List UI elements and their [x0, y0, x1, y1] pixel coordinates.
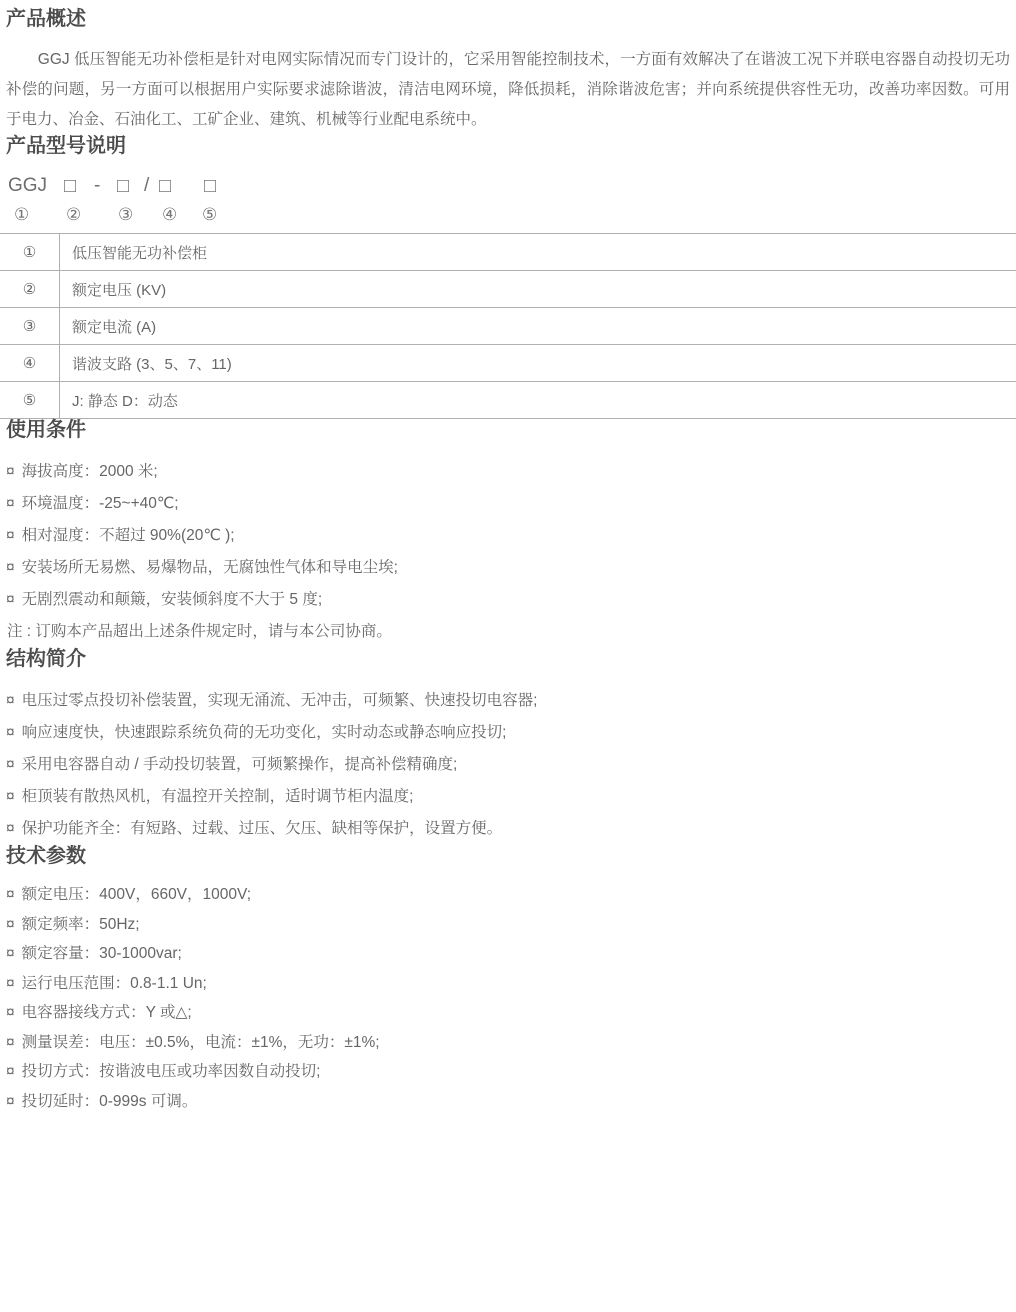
- usage-note: 注 : 订购本产品超出上述条件规定时，请与本公司协商。: [6, 616, 1010, 648]
- bullet-icon: ¤: [6, 495, 15, 512]
- list-item-text: 投切方式：按谐波电压或功率因数自动投切;: [22, 1063, 321, 1080]
- list-item-text: 额定电压：400V，660V，1000V;: [22, 886, 251, 903]
- section-structure-intro: 结构简介 ¤电压过零点投切补偿装置，实现无涌流、无冲击，可频繁、快速投切电容器;…: [0, 648, 1016, 845]
- section-model-description: 产品型号说明 GGJ □ - □ / □ □ ① ② ③ ④ ⑤ ① 低压智能无…: [0, 135, 1016, 419]
- model-legend-table: ① 低压智能无功补偿柜 ② 额定电压 (KV) ③ 额定电流 (A) ④ 谐波支…: [0, 233, 1016, 419]
- structure-list: ¤电压过零点投切补偿装置，实现无涌流、无冲击，可频繁、快速投切电容器; ¤响应速…: [6, 685, 1010, 845]
- list-item-text: 响应速度快，快速跟踪系统负荷的无功变化，实时动态或静态响应投切;: [22, 724, 507, 741]
- bullet-icon: ¤: [6, 756, 15, 773]
- circled-number-icon: ⑤: [202, 204, 217, 226]
- bullet-icon: ¤: [6, 1034, 15, 1051]
- bullet-icon: ¤: [6, 975, 15, 992]
- product-document-page: 产品概述 GGJ 低压智能无功补偿柜是针对电网实际情况而专门设计的，它采用智能控…: [0, 0, 1016, 1116]
- usage-title: 使用条件: [6, 419, 1010, 442]
- usage-list: ¤海拔高度：2000 米; ¤环境温度：-25~+40℃; ¤相对湿度：不超过 …: [6, 456, 1010, 616]
- list-item: ¤响应速度快，快速跟踪系统负荷的无功变化，实时动态或静态响应投切;: [6, 717, 1010, 749]
- list-item-text: 安装场所无易燃、易爆物品，无腐蚀性气体和导电尘埃;: [22, 559, 398, 576]
- bullet-icon: ¤: [6, 945, 15, 962]
- section-technical-parameters: 技术参数 ¤额定电压：400V，660V，1000V; ¤额定频率：50Hz; …: [0, 845, 1016, 1116]
- table-row: ① 低压智能无功补偿柜: [0, 234, 1016, 271]
- list-item: ¤电压过零点投切补偿装置，实现无涌流、无冲击，可频繁、快速投切电容器;: [6, 685, 1010, 717]
- section-product-overview: 产品概述 GGJ 低压智能无功补偿柜是针对电网实际情况而专门设计的，它采用智能控…: [0, 8, 1016, 135]
- bullet-icon: ¤: [6, 527, 15, 544]
- model-circle-row: ① ② ③ ④ ⑤: [0, 204, 1016, 226]
- table-row-number: ①: [0, 234, 60, 271]
- table-row-number: ⑤: [0, 382, 60, 419]
- list-item: ¤环境温度：-25~+40℃;: [6, 488, 1010, 520]
- bullet-icon: ¤: [6, 820, 15, 837]
- list-item: ¤安装场所无易燃、易爆物品，无腐蚀性气体和导电尘埃;: [6, 552, 1010, 584]
- list-item: ¤额定频率：50Hz;: [6, 910, 1010, 940]
- list-item: ¤保护功能齐全：有短路、过载、过压、欠压、缺相等保护，设置方便。: [6, 813, 1010, 845]
- section-usage-conditions: 使用条件 ¤海拔高度：2000 米; ¤环境温度：-25~+40℃; ¤相对湿度…: [0, 419, 1016, 648]
- circled-number-icon: ②: [66, 204, 81, 226]
- table-row-description: 谐波支路 (3、5、7、11): [60, 345, 1016, 382]
- table-row-number: ④: [0, 345, 60, 382]
- structure-title: 结构简介: [6, 648, 1010, 671]
- table-row: ⑤ J: 静态 D：动态: [0, 382, 1016, 419]
- list-item: ¤测量误差：电压：±0.5%，电流：±1%，无功：±1%;: [6, 1028, 1010, 1058]
- list-item-text: 采用电容器自动 / 手动投切装置，可频繁操作，提高补偿精确度;: [22, 756, 458, 773]
- table-row: ② 额定电压 (KV): [0, 271, 1016, 308]
- list-item: ¤投切方式：按谐波电压或功率因数自动投切;: [6, 1057, 1010, 1087]
- list-item-text: 海拔高度：2000 米;: [22, 463, 158, 480]
- model-code-prefix: GGJ: [8, 174, 47, 198]
- circled-number-icon: ③: [118, 204, 133, 226]
- bullet-icon: ¤: [6, 724, 15, 741]
- model-title: 产品型号说明: [0, 135, 1016, 158]
- table-row-number: ③: [0, 308, 60, 345]
- table-row: ③ 额定电流 (A): [0, 308, 1016, 345]
- list-item: ¤采用电容器自动 / 手动投切装置，可频繁操作，提高补偿精确度;: [6, 749, 1010, 781]
- bullet-icon: ¤: [6, 788, 15, 805]
- circled-number-icon: ①: [14, 204, 29, 226]
- model-code-box-icon: □: [117, 174, 129, 198]
- bullet-icon: ¤: [6, 463, 15, 480]
- bullet-icon: ¤: [6, 1063, 15, 1080]
- list-item-text: 保护功能齐全：有短路、过载、过压、欠压、缺相等保护，设置方便。: [22, 820, 503, 837]
- list-item-text: 环境温度：-25~+40℃;: [22, 495, 179, 512]
- overview-title: 产品概述: [6, 8, 1010, 31]
- tech-list: ¤额定电压：400V，660V，1000V; ¤额定频率：50Hz; ¤额定容量…: [6, 880, 1010, 1116]
- tech-title: 技术参数: [6, 845, 1010, 868]
- model-code-slash: /: [144, 174, 149, 198]
- bullet-icon: ¤: [6, 886, 15, 903]
- list-item-text: 无剧烈震动和颠簸，安装倾斜度不大于 5 度;: [22, 591, 323, 608]
- list-item-text: 电容器接线方式：Y 或△;: [22, 1004, 192, 1021]
- bullet-icon: ¤: [6, 916, 15, 933]
- table-row-description: J: 静态 D：动态: [60, 382, 1016, 419]
- list-item: ¤相对湿度：不超过 90%(20℃ );: [6, 520, 1010, 552]
- bullet-icon: ¤: [6, 1093, 15, 1110]
- list-item: ¤海拔高度：2000 米;: [6, 456, 1010, 488]
- list-item-text: 相对湿度：不超过 90%(20℃ );: [22, 527, 235, 544]
- list-item-text: 柜顶装有散热风机，有温控开关控制，适时调节柜内温度;: [22, 788, 414, 805]
- circled-number-icon: ④: [162, 204, 177, 226]
- list-item: ¤柜顶装有散热风机，有温控开关控制，适时调节柜内温度;: [6, 781, 1010, 813]
- list-item-text: 投切延时：0-999s 可调。: [22, 1093, 198, 1110]
- bullet-icon: ¤: [6, 559, 15, 576]
- bullet-icon: ¤: [6, 591, 15, 608]
- model-code-row: GGJ □ - □ / □ □: [0, 174, 1016, 198]
- table-row-description: 低压智能无功补偿柜: [60, 234, 1016, 271]
- overview-paragraph: GGJ 低压智能无功补偿柜是针对电网实际情况而专门设计的，它采用智能控制技术，一…: [6, 45, 1010, 135]
- list-item-text: 运行电压范围：0.8-1.1 Un;: [22, 975, 207, 992]
- list-item-text: 额定容量：30-1000var;: [22, 945, 182, 962]
- table-row-description: 额定电流 (A): [60, 308, 1016, 345]
- bullet-icon: ¤: [6, 692, 15, 709]
- list-item-text: 电压过零点投切补偿装置，实现无涌流、无冲击，可频繁、快速投切电容器;: [22, 692, 538, 709]
- list-item-text: 测量误差：电压：±0.5%，电流：±1%，无功：±1%;: [22, 1034, 380, 1051]
- table-row-description: 额定电压 (KV): [60, 271, 1016, 308]
- table-row-number: ②: [0, 271, 60, 308]
- list-item: ¤额定容量：30-1000var;: [6, 939, 1010, 969]
- list-item: ¤额定电压：400V，660V，1000V;: [6, 880, 1010, 910]
- model-code-dash: -: [94, 174, 100, 198]
- list-item: ¤无剧烈震动和颠簸，安装倾斜度不大于 5 度;: [6, 584, 1010, 616]
- table-row: ④ 谐波支路 (3、5、7、11): [0, 345, 1016, 382]
- list-item: ¤电容器接线方式：Y 或△;: [6, 998, 1010, 1028]
- model-code-box-icon: □: [64, 174, 76, 198]
- list-item-text: 额定频率：50Hz;: [22, 916, 140, 933]
- model-code-box-icon: □: [159, 174, 171, 198]
- list-item: ¤运行电压范围：0.8-1.1 Un;: [6, 969, 1010, 999]
- list-item: ¤投切延时：0-999s 可调。: [6, 1087, 1010, 1117]
- bullet-icon: ¤: [6, 1004, 15, 1021]
- model-code-box-icon: □: [204, 174, 216, 198]
